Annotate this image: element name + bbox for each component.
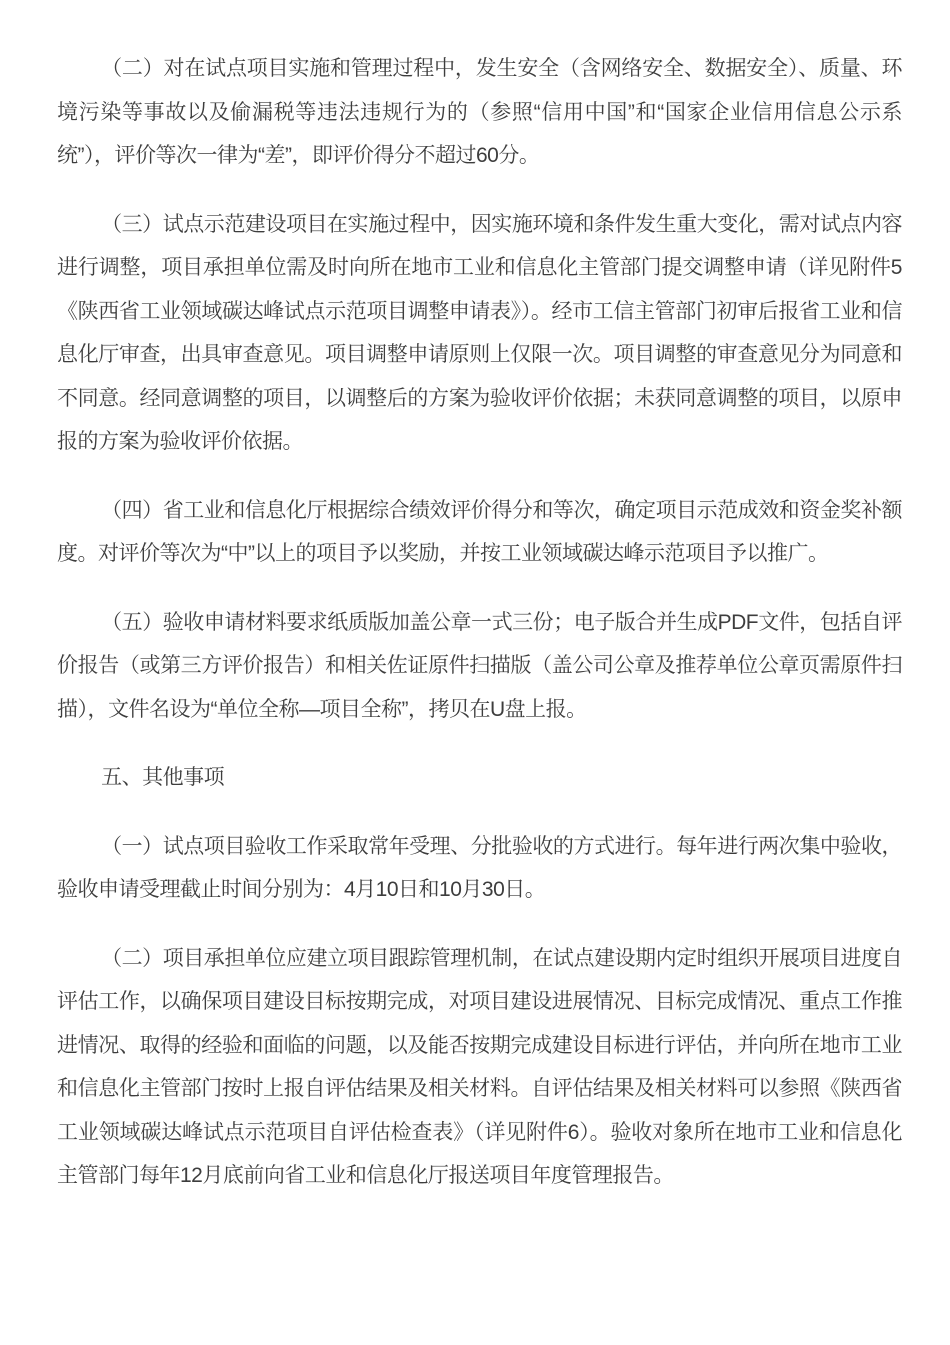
paragraph-item-1-acceptance-schedule: （一）试点项目验收工作采取常年受理、分批验收的方式进行。每年进行两次集中验收，验… — [57, 825, 902, 912]
paragraph-item-4-reward-funding: （四）省工业和信息化厅根据综合绩效评价得分和等次，确定项目示范成效和资金奖补额度… — [57, 489, 902, 576]
section-heading-other-matters: 五、其他事项 — [57, 756, 902, 800]
paragraph-item-2-tracking-management: （二）项目承担单位应建立项目跟踪管理机制，在试点建设期内定时组织开展项目进度自评… — [57, 937, 902, 1198]
paragraph-item-2-safety-violations: （二）对在试点项目实施和管理过程中，发生安全（含网络安全、数据安全）、质量、环境… — [57, 47, 902, 178]
document-page: （二）对在试点项目实施和管理过程中，发生安全（含网络安全、数据安全）、质量、环境… — [0, 0, 950, 1345]
paragraph-item-5-application-materials: （五）验收申请材料要求纸质版加盖公章一式三份；电子版合并生成PDF文件，包括自评… — [57, 601, 902, 732]
paragraph-item-3-project-adjustment: （三）试点示范建设项目在实施过程中，因实施环境和条件发生重大变化，需对试点内容进… — [57, 203, 902, 464]
